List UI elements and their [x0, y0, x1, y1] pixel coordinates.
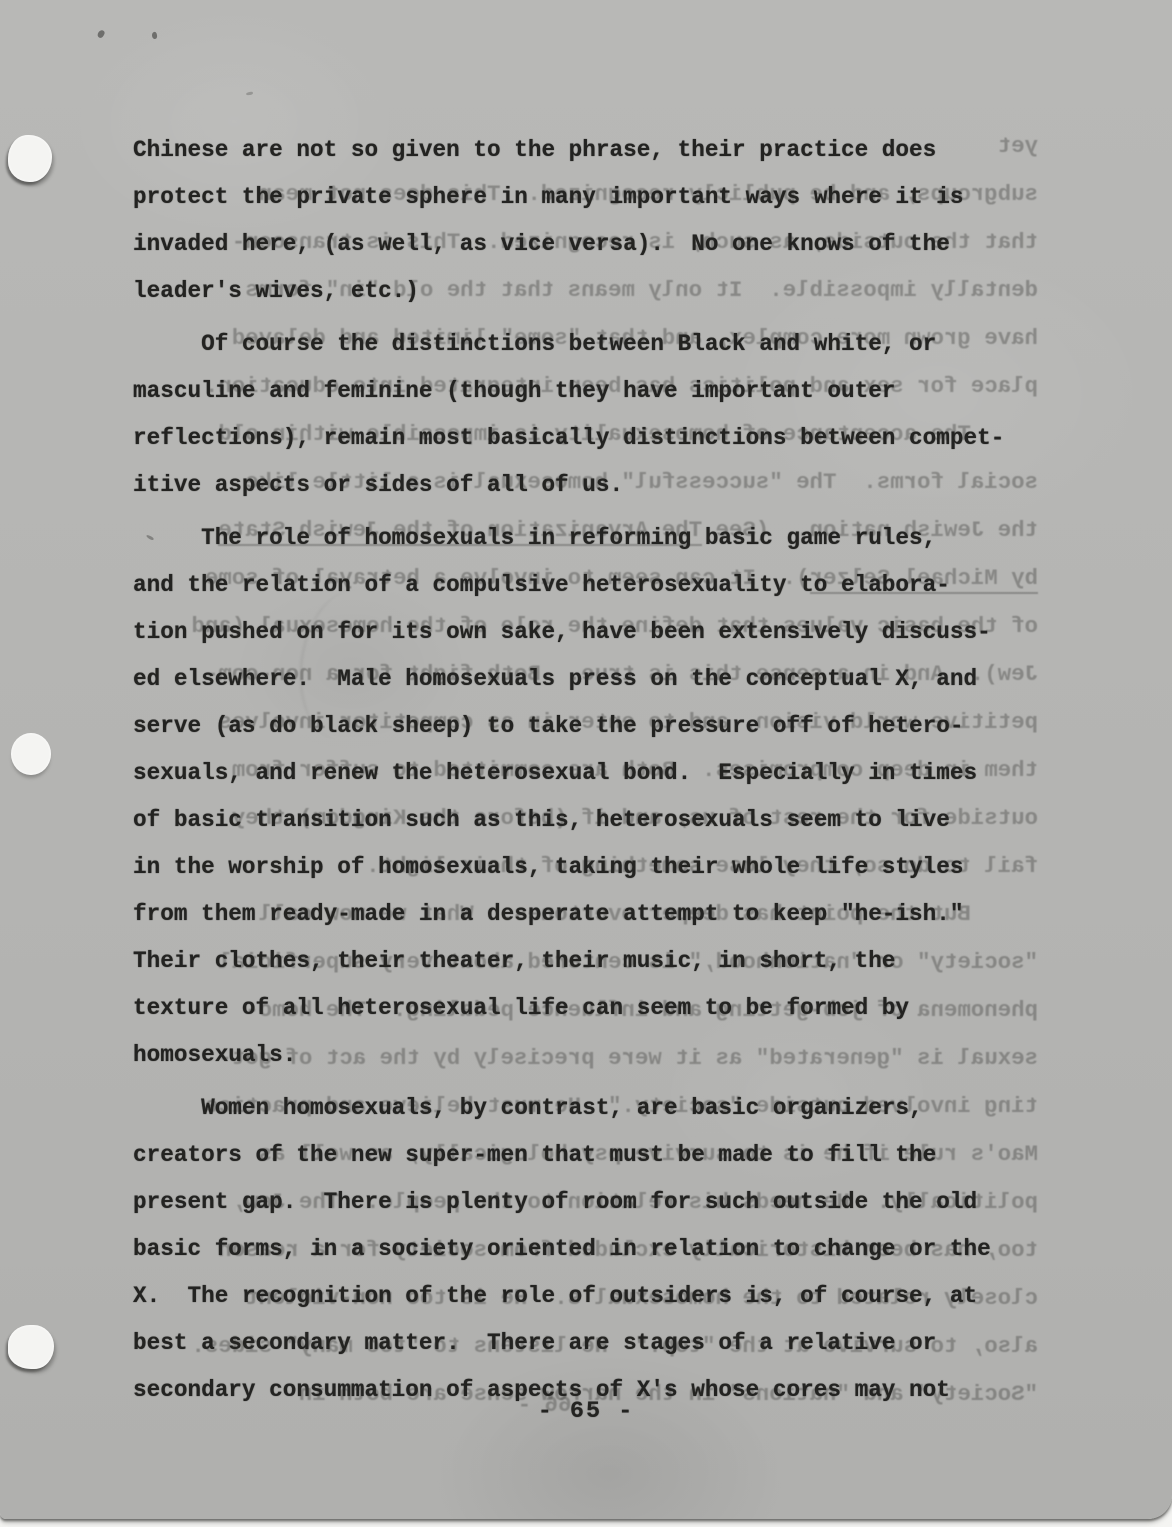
pencil-mark — [151, 32, 157, 40]
page-number: - 65 - — [0, 1398, 1172, 1425]
typed-paragraph: Of course the distinctions between Black… — [133, 321, 1043, 509]
typed-line: reflections), remain most basically dist… — [133, 415, 1043, 462]
typed-line: Chinese are not so given to the phrase, … — [133, 127, 1043, 174]
typed-line: in the worship of homosexuals, taking th… — [133, 844, 1043, 891]
typed-line: invaded here, (as well, as vice versa). … — [133, 221, 1043, 268]
typed-line: Their clothes, their theater, their musi… — [133, 938, 1043, 985]
pencil-mark — [96, 29, 105, 39]
pencil-mark — [246, 92, 253, 96]
scan-background: yetsubgroups, and be publicly recognized… — [0, 0, 1172, 1527]
typed-line: Of course the distinctions between Black… — [133, 321, 1043, 368]
typed-line: creators of the new super-men that must … — [133, 1132, 1043, 1179]
typed-line: The role of homosexuals in reforming bas… — [133, 515, 1043, 562]
typed-line: of basic transition such as this, hetero… — [133, 797, 1043, 844]
typed-line: leader's wives, etc.) — [133, 268, 1043, 315]
typed-line: Women homosexuals, by contrast, are basi… — [133, 1085, 1043, 1132]
typed-line: from them ready-made in a desperate atte… — [133, 891, 1043, 938]
typed-line: present gap. There is plenty of room for… — [133, 1179, 1043, 1226]
typed-line: and the relation of a compulsive heteros… — [133, 562, 1043, 609]
punch-hole-middle — [11, 733, 51, 775]
typed-line: homosexuals. — [133, 1032, 1043, 1079]
typed-line: masculine and feminine (though they have… — [133, 368, 1043, 415]
typed-line: X. The recognition of the role of outsid… — [133, 1273, 1043, 1320]
paper-page: yetsubgroups, and be publicly recognized… — [0, 0, 1172, 1519]
typed-paragraph: Women homosexuals, by contrast, are basi… — [133, 1085, 1043, 1414]
typed-line: serve (as do black sheep) to take the pr… — [133, 703, 1043, 750]
typed-line: texture of all heterosexual life can see… — [133, 985, 1043, 1032]
typed-paragraph: The role of homosexuals in reforming bas… — [133, 515, 1043, 1079]
typed-line: tion pushed on for its own sake, have be… — [133, 609, 1043, 656]
punch-hole-top — [8, 135, 52, 182]
typed-line: protect the private sphere in many impor… — [133, 174, 1043, 221]
punch-hole-bottom — [8, 1325, 54, 1369]
typed-line: sexuals, and renew the heterosexual bond… — [133, 750, 1043, 797]
typed-paragraph: Chinese are not so given to the phrase, … — [133, 127, 1043, 315]
typed-line: basic forms, in a society oriented in re… — [133, 1226, 1043, 1273]
typed-line: itive aspects or sides of all of us. — [133, 462, 1043, 509]
typed-line: best a secondary matter. There are stage… — [133, 1320, 1043, 1367]
typed-text: Chinese are not so given to the phrase, … — [133, 127, 1043, 1414]
typed-line: ed elsewhere. Male homosexuals press on … — [133, 656, 1043, 703]
